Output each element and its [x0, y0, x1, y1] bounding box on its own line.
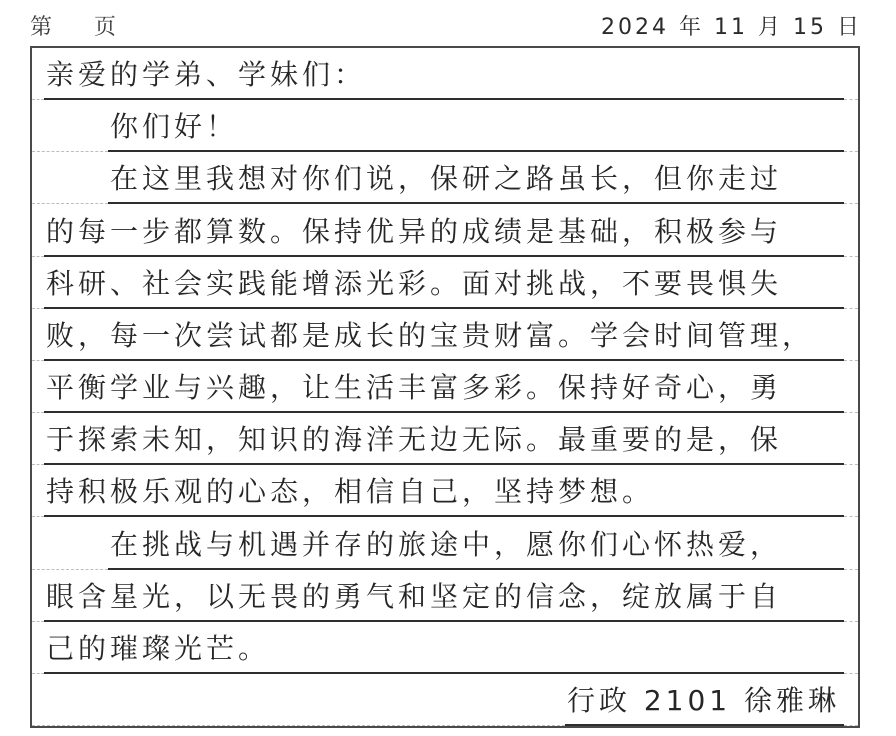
handwritten-text: 平衡学业与兴趣，让生活丰富多彩。保持好奇心，勇: [44, 374, 844, 413]
rule-left-margin: [32, 361, 44, 413]
page-prefix: 第: [30, 10, 54, 41]
letter-line: 在这里我想对你们说，保研之路虽长，但你走过: [32, 152, 858, 204]
rule-right-margin: [844, 517, 858, 569]
rule-left-margin: [32, 517, 108, 569]
page-header: 第 页 2024 年 11 月 15 日: [30, 8, 862, 42]
letter-line: 眼含星光，以无畏的勇气和坚定的信念，绽放属于自: [32, 570, 858, 622]
letter-line: 平衡学业与兴趣，让生活丰富多彩。保持好奇心，勇: [32, 361, 858, 413]
letter-line: 行政 2101 徐雅琳: [32, 674, 858, 726]
letter-line: 于探索未知，知识的海洋无边无际。最重要的是，保: [32, 413, 858, 465]
rule-right-margin: [844, 465, 858, 517]
rule-left-margin: [32, 257, 44, 309]
page-number-label: 第 页: [30, 10, 118, 41]
letter-line: 科研、社会实践能增添光彩。面对挑战，不要畏惧失: [32, 257, 858, 309]
letter-date: 2024 年 11 月 15 日: [601, 10, 862, 41]
rule-right-margin: [844, 413, 858, 465]
letter-line: 持积极乐观的心态，相信自己，坚持梦想。: [32, 465, 858, 517]
rule-right-margin: [844, 204, 858, 256]
rule-left-margin: [32, 309, 44, 361]
letter-line: 你们好！: [32, 100, 858, 152]
rule-right-margin: [844, 48, 858, 100]
handwritten-text: 行政 2101 徐雅琳: [565, 687, 844, 726]
rule-left-margin: [32, 465, 44, 517]
rule-right-margin: [844, 257, 858, 309]
handwritten-text: 科研、社会实践能增添光彩。面对挑战，不要畏惧失: [44, 270, 844, 309]
handwritten-text: 于探索未知，知识的海洋无边无际。最重要的是，保: [44, 426, 844, 465]
letter-body: 亲爱的学弟、学妹们：你们好！在这里我想对你们说，保研之路虽长，但你走过的每一步都…: [30, 46, 860, 728]
rule-left-margin: [32, 622, 44, 674]
rule-right-margin: [844, 309, 858, 361]
letter-line: 亲爱的学弟、学妹们：: [32, 48, 858, 100]
page-suffix: 页: [94, 10, 118, 41]
rule-left-margin: [32, 570, 44, 622]
handwritten-text: 眼含星光，以无畏的勇气和坚定的信念，绽放属于自: [44, 583, 844, 622]
handwritten-text: 亲爱的学弟、学妹们：: [44, 61, 844, 100]
rule-right-margin: [844, 152, 858, 204]
rule-left-margin: [32, 204, 44, 256]
handwritten-text: 在挑战与机遇并存的旅途中，愿你们心怀热爱，: [108, 531, 844, 570]
rule-left-margin: [32, 674, 565, 726]
letter-line: 己的璀璨光芒。: [32, 622, 858, 674]
letter-line: 的每一步都算数。保持优异的成绩是基础，积极参与: [32, 204, 858, 256]
handwritten-text: 的每一步都算数。保持优异的成绩是基础，积极参与: [44, 218, 844, 257]
rule-right-margin: [844, 674, 858, 726]
rule-left-margin: [32, 100, 108, 152]
rule-left-margin: [32, 152, 108, 204]
handwritten-text: 持积极乐观的心态，相信自己，坚持梦想。: [44, 478, 844, 517]
letter-line: 在挑战与机遇并存的旅途中，愿你们心怀热爱，: [32, 517, 858, 569]
letter-line: 败，每一次尝试都是成长的宝贵财富。学会时间管理，: [32, 309, 858, 361]
letter-page: 第 页 2024 年 11 月 15 日 亲爱的学弟、学妹们：你们好！在这里我想…: [0, 0, 896, 736]
rule-right-margin: [844, 100, 858, 152]
handwritten-text: 己的璀璨光芒。: [44, 635, 844, 674]
rule-right-margin: [844, 361, 858, 413]
handwritten-text: 在这里我想对你们说，保研之路虽长，但你走过: [108, 165, 844, 204]
rule-right-margin: [844, 570, 858, 622]
rule-left-margin: [32, 48, 44, 100]
rule-right-margin: [844, 622, 858, 674]
rule-left-margin: [32, 413, 44, 465]
handwritten-text: 败，每一次尝试都是成长的宝贵财富。学会时间管理，: [44, 322, 844, 361]
handwritten-text: 你们好！: [108, 113, 844, 152]
